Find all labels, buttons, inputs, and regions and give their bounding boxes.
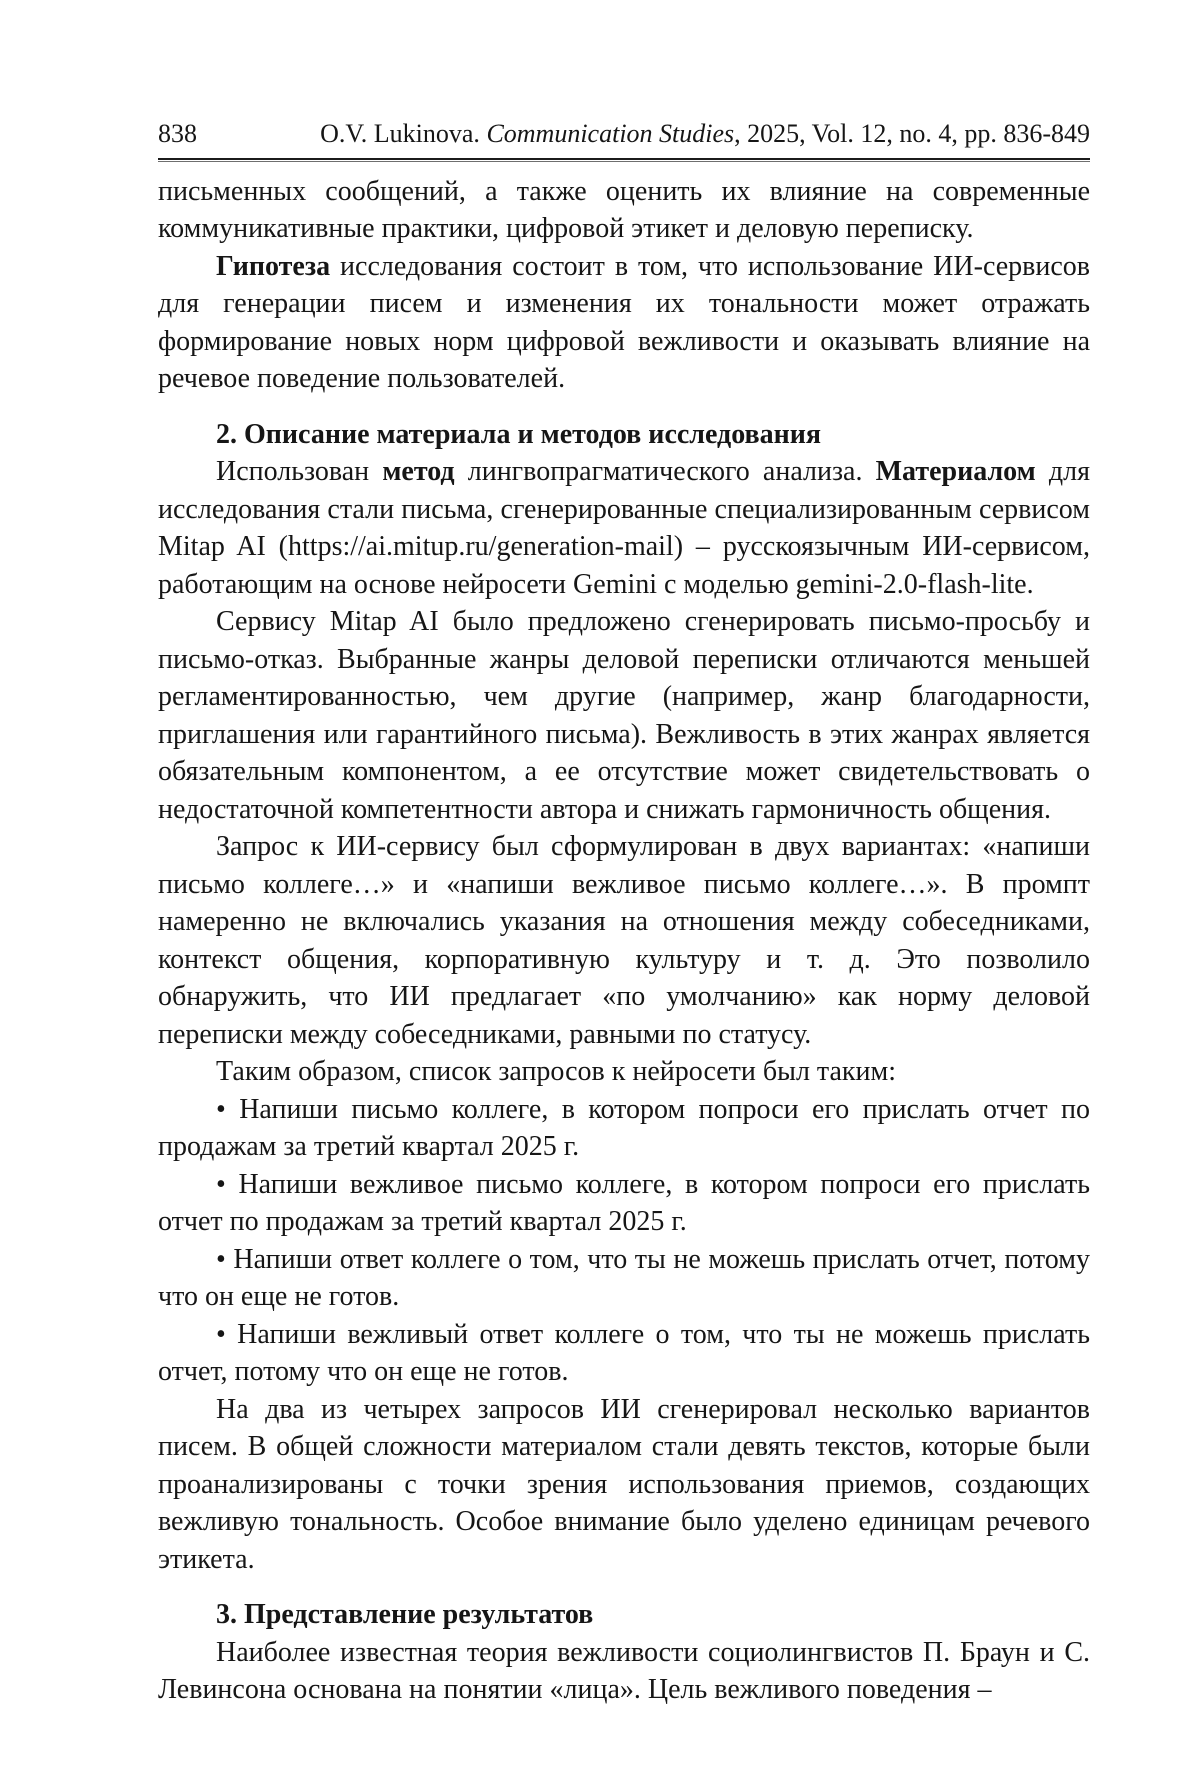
paragraph: письменных сообщений, а также оценить их… [158, 173, 1090, 248]
paragraph: Использован метод лингвопрагматического … [158, 453, 1090, 603]
bold-text: Материалом [876, 456, 1036, 487]
bullet-icon: • [216, 1094, 239, 1125]
text-segment: Запрос к ИИ-сервису был сформулирован в … [158, 831, 1090, 1050]
bold-text: метод [382, 456, 454, 487]
paragraph: На два из четырех запросов ИИ сгенериров… [158, 1391, 1090, 1579]
paragraph: Запрос к ИИ-сервису был сформулирован в … [158, 828, 1090, 1053]
article-body: письменных сообщений, а также оценить их… [158, 173, 1090, 1709]
bullet-icon: • [216, 1319, 237, 1350]
page-header: 838 O.V. Lukinova. Communication Studies… [158, 118, 1090, 151]
paragraph: Таким образом, список запросов к нейросе… [158, 1053, 1090, 1091]
text-segment: Использован [216, 456, 382, 487]
text-segment: лингвопрагматического анализа. [455, 456, 876, 487]
running-head-issue: , 2025, Vol. 12, no. 4, pp. 836-849 [734, 119, 1090, 148]
text-segment: письменных сообщений, а также оценить их… [158, 176, 1090, 245]
running-head-author: O.V. Lukinova. [320, 119, 486, 148]
page-number: 838 [158, 118, 197, 151]
section-heading: 2. Описание материала и методов исследов… [158, 416, 1090, 454]
bullet-item: • Напиши вежливое письмо коллеге, в кото… [158, 1166, 1090, 1241]
bold-text: Гипотеза [216, 251, 330, 282]
text-segment: Напиши вежливый ответ коллеге о том, что… [158, 1319, 1090, 1388]
running-head: O.V. Lukinova. Communication Studies, 20… [320, 118, 1090, 151]
document-page: 838 O.V. Lukinova. Communication Studies… [0, 0, 1200, 1779]
section-heading: 3. Представление результатов [158, 1596, 1090, 1634]
paragraph: Гипотеза исследования состоит в том, что… [158, 248, 1090, 398]
text-segment: Таким образом, список запросов к нейросе… [216, 1056, 896, 1087]
text-segment: Сервису Mitap AI было предложено сгенери… [158, 606, 1090, 825]
paragraph: Сервису Mitap AI было предложено сгенери… [158, 603, 1090, 828]
bullet-item: • Напиши ответ коллеге о том, что ты не … [158, 1241, 1090, 1316]
bullet-icon: • [216, 1244, 233, 1275]
text-segment: Наиболее известная теория вежливости соц… [158, 1637, 1090, 1706]
bullet-item: • Напиши вежливый ответ коллеге о том, ч… [158, 1316, 1090, 1391]
running-head-journal: Communication Studies [486, 119, 734, 148]
text-segment: Напиши вежливое письмо коллеге, в которо… [158, 1169, 1090, 1238]
text-segment: Напиши письмо коллеге, в котором попроси… [158, 1094, 1090, 1163]
bullet-item: • Напиши письмо коллеге, в котором попро… [158, 1091, 1090, 1166]
text-segment: Напиши ответ коллеге о том, что ты не мо… [158, 1244, 1090, 1313]
text-segment: На два из четырех запросов ИИ сгенериров… [158, 1394, 1090, 1575]
bullet-icon: • [216, 1169, 238, 1200]
header-rule [158, 158, 1090, 162]
paragraph: Наиболее известная теория вежливости соц… [158, 1634, 1090, 1709]
